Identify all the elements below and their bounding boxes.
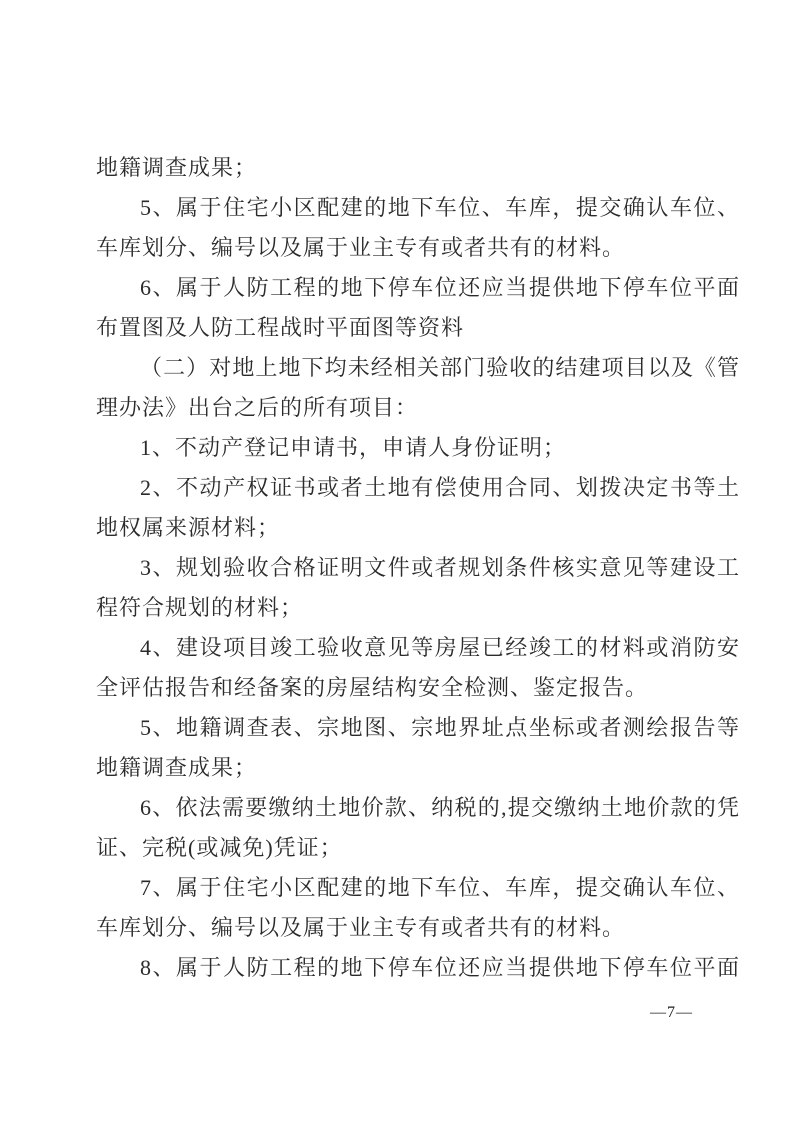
paragraph: （二）对地上地下均未经相关部门验收的结建项目以及《管理办法》出台之后的所有项目： (96, 348, 740, 428)
paragraph: 8、属于人防工程的地下停车位还应当提供地下停车位平面 (96, 948, 740, 988)
document-page: 地籍调查成果；5、属于住宅小区配建的地下车位、车库，提交确认车位、车库划分、编号… (0, 0, 794, 1122)
paragraph: 5、属于住宅小区配建的地下车位、车库，提交确认车位、车库划分、编号以及属于业主专… (96, 188, 740, 268)
paragraph: 4、建设项目竣工验收意见等房屋已经竣工的材料或消防安全评估报告和经备案的房屋结构… (96, 628, 740, 708)
paragraph: 2、不动产权证书或者土地有偿使用合同、划拨决定书等土地权属来源材料； (96, 468, 740, 548)
paragraph: 1、不动产登记申请书，申请人身份证明； (96, 428, 740, 468)
document-body: 地籍调查成果；5、属于住宅小区配建的地下车位、车库，提交确认车位、车库划分、编号… (96, 148, 740, 988)
paragraph: 6、依法需要缴纳土地价款、纳税的,提交缴纳土地价款的凭证、完税(或减免)凭证； (96, 788, 740, 868)
paragraph: 6、属于人防工程的地下停车位还应当提供地下停车位平面布置图及人防工程战时平面图等… (96, 268, 740, 348)
paragraph: 3、规划验收合格证明文件或者规划条件核实意见等建设工程符合规划的材料； (96, 548, 740, 628)
paragraph: 7、属于住宅小区配建的地下车位、车库，提交确认车位、车库划分、编号以及属于业主专… (96, 868, 740, 948)
paragraph: 地籍调查成果； (96, 148, 740, 188)
page-number: —7— (650, 1003, 693, 1023)
paragraph: 5、地籍调查表、宗地图、宗地界址点坐标或者测绘报告等地籍调查成果； (96, 708, 740, 788)
